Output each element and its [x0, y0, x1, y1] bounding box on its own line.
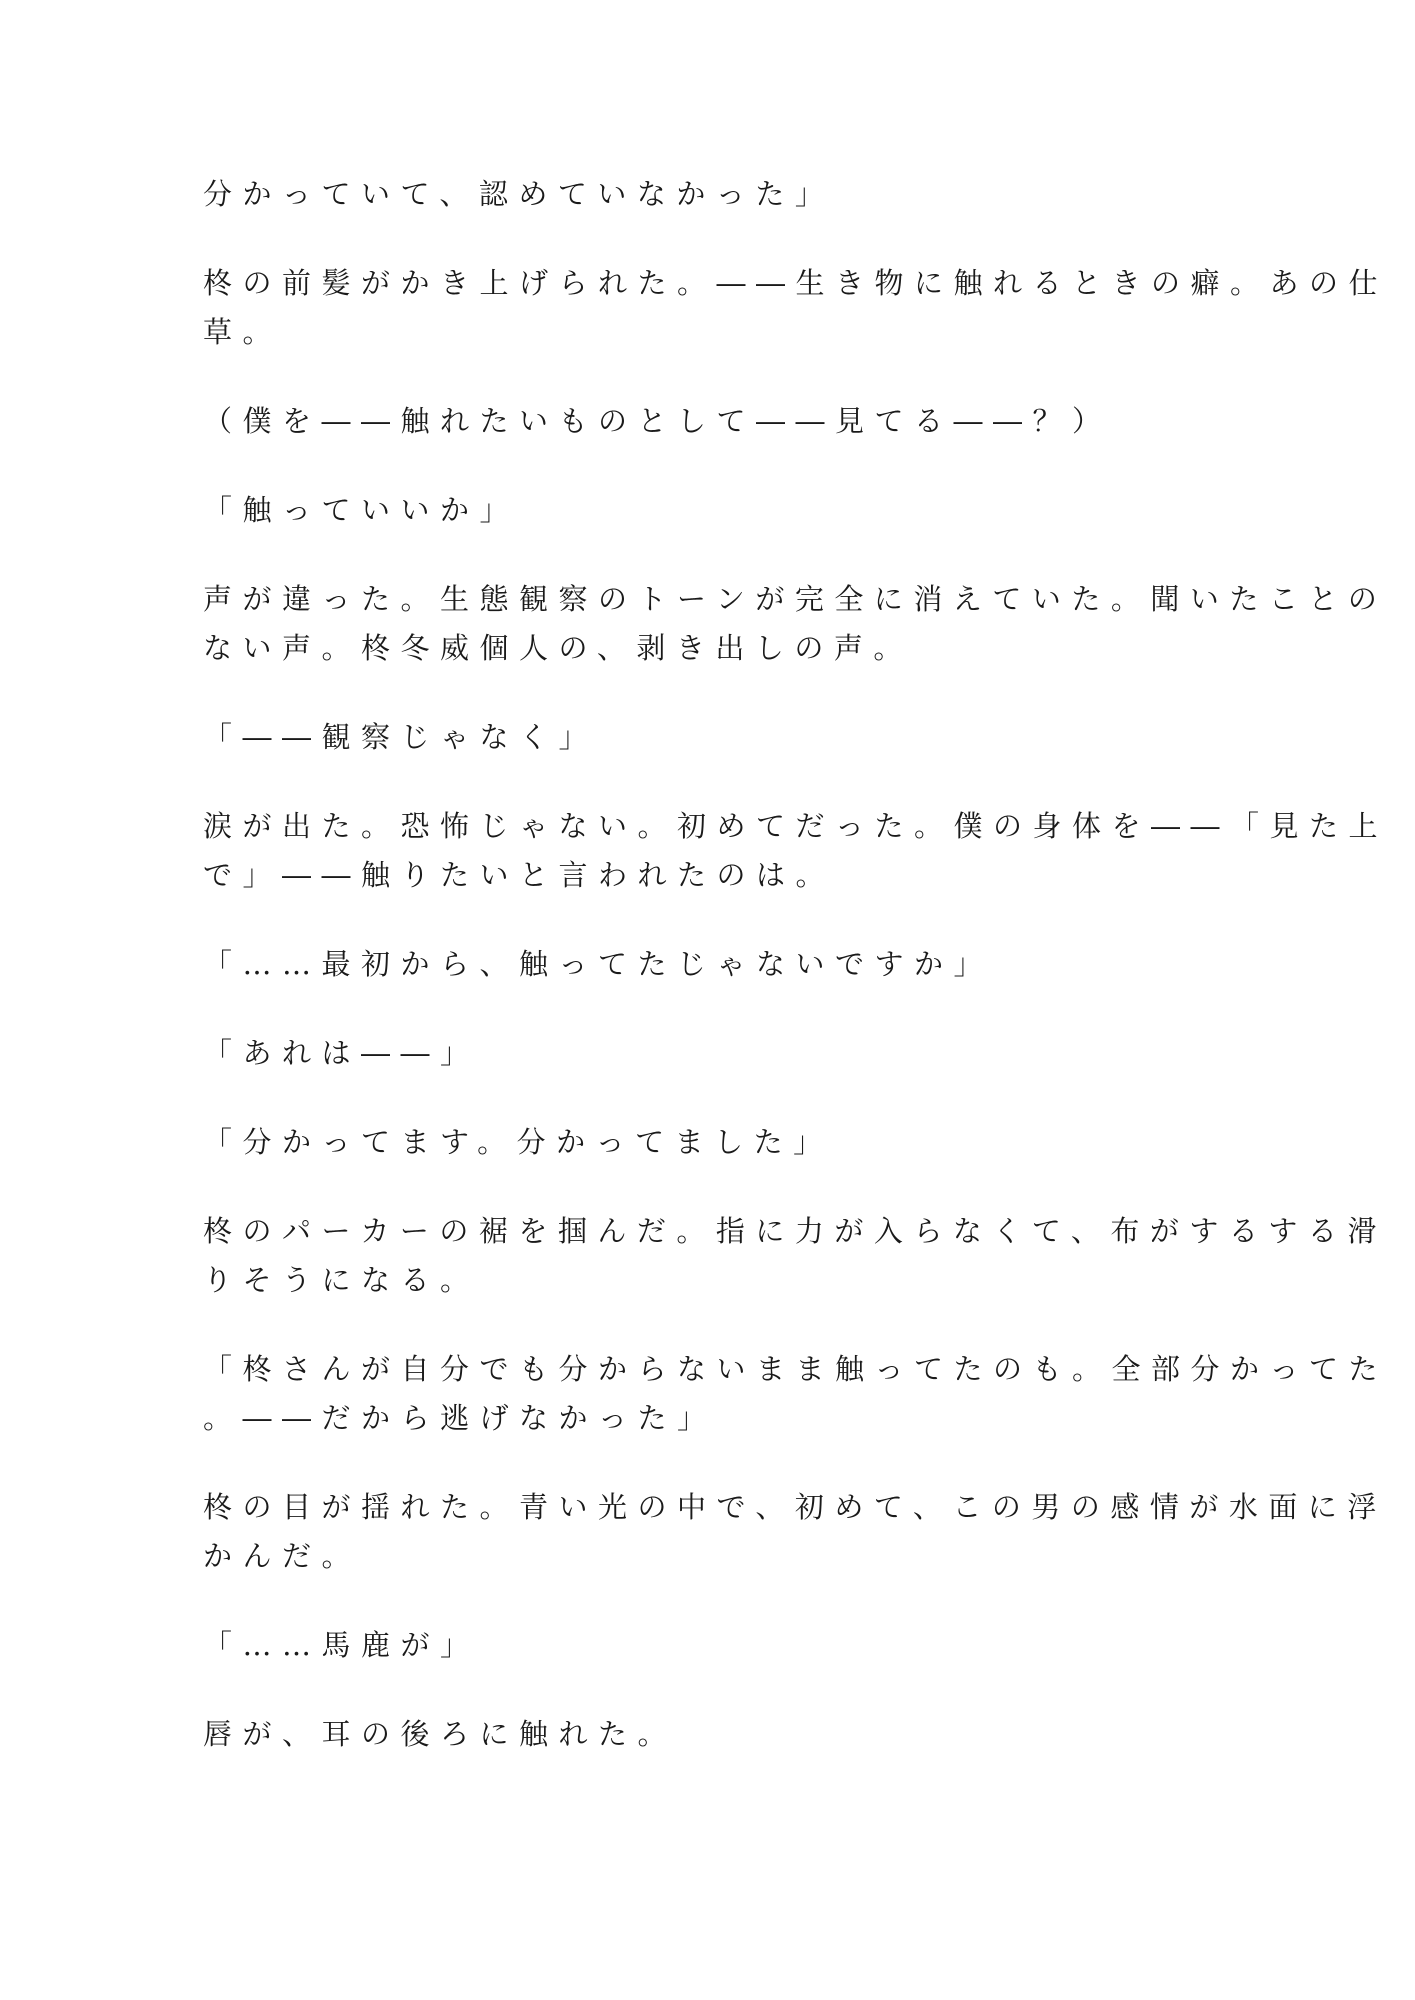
text-line: 「……馬鹿が」: [203, 1621, 1183, 1670]
text-line: 。――だから逃げなかった」: [203, 1394, 1183, 1443]
paragraph: 「……馬鹿が」: [203, 1621, 1183, 1670]
text-line: 柊のパーカーの裾を掴んだ。指に力が入らなくて、布がするする滑: [203, 1207, 1183, 1256]
text-line: 「分かってます。分かってました」: [203, 1118, 1183, 1167]
paragraph: （僕を――触れたいものとして――見てる――？）: [203, 397, 1183, 446]
paragraph: 「……最初から、触ってたじゃないですか」: [203, 940, 1183, 989]
text-line: 「あれは――」: [203, 1029, 1183, 1078]
text-line: かんだ。: [203, 1532, 1183, 1581]
text-line: 草。: [203, 308, 1183, 357]
text-line: 「触っていいか」: [203, 486, 1183, 535]
paragraph: 「――観察じゃなく」: [203, 713, 1183, 762]
paragraph: 柊の前髪がかき上げられた。――生き物に触れるときの癖。あの仕 草。: [203, 259, 1183, 357]
text-line: 柊の目が揺れた。青い光の中で、初めて、この男の感情が水面に浮: [203, 1483, 1183, 1532]
text-line: 「……最初から、触ってたじゃないですか」: [203, 940, 1183, 989]
paragraph: 唇が、耳の後ろに触れた。: [203, 1710, 1183, 1759]
text-line: 柊の前髪がかき上げられた。――生き物に触れるときの癖。あの仕: [203, 259, 1183, 308]
text-line: ない声。柊冬威個人の、剥き出しの声。: [203, 624, 1183, 673]
text-line: 唇が、耳の後ろに触れた。: [203, 1710, 1183, 1759]
text-line: 涙が出た。恐怖じゃない。初めてだった。僕の身体を――「見た上: [203, 802, 1183, 851]
text-line: 「柊さんが自分でも分からないまま触ってたのも。全部分かってた: [203, 1345, 1183, 1394]
text-line: 声が違った。生態観察のトーンが完全に消えていた。聞いたことの: [203, 575, 1183, 624]
paragraph: 声が違った。生態観察のトーンが完全に消えていた。聞いたことの ない声。柊冬威個人…: [203, 575, 1183, 673]
text-line: りそうになる。: [203, 1256, 1183, 1305]
paragraph: 「柊さんが自分でも分からないまま触ってたのも。全部分かってた 。――だから逃げな…: [203, 1345, 1183, 1443]
text-line: 「――観察じゃなく」: [203, 713, 1183, 762]
paragraph: 涙が出た。恐怖じゃない。初めてだった。僕の身体を――「見た上 で」――触りたいと…: [203, 802, 1183, 900]
paragraph: 「分かってます。分かってました」: [203, 1118, 1183, 1167]
text-line: で」――触りたいと言われたのは。: [203, 851, 1183, 900]
paragraph: 柊の目が揺れた。青い光の中で、初めて、この男の感情が水面に浮 かんだ。: [203, 1483, 1183, 1581]
paragraph: 「あれは――」: [203, 1029, 1183, 1078]
body-text: 分かっていて、認めていなかった」 柊の前髪がかき上げられた。――生き物に触れると…: [203, 170, 1183, 1799]
document-page: 分かっていて、認めていなかった」 柊の前髪がかき上げられた。――生き物に触れると…: [0, 0, 1415, 2000]
text-line: （僕を――触れたいものとして――見てる――？）: [203, 397, 1183, 446]
paragraph: 分かっていて、認めていなかった」: [203, 170, 1183, 219]
paragraph: 柊のパーカーの裾を掴んだ。指に力が入らなくて、布がするする滑 りそうになる。: [203, 1207, 1183, 1305]
paragraph: 「触っていいか」: [203, 486, 1183, 535]
text-line: 分かっていて、認めていなかった」: [203, 170, 1183, 219]
